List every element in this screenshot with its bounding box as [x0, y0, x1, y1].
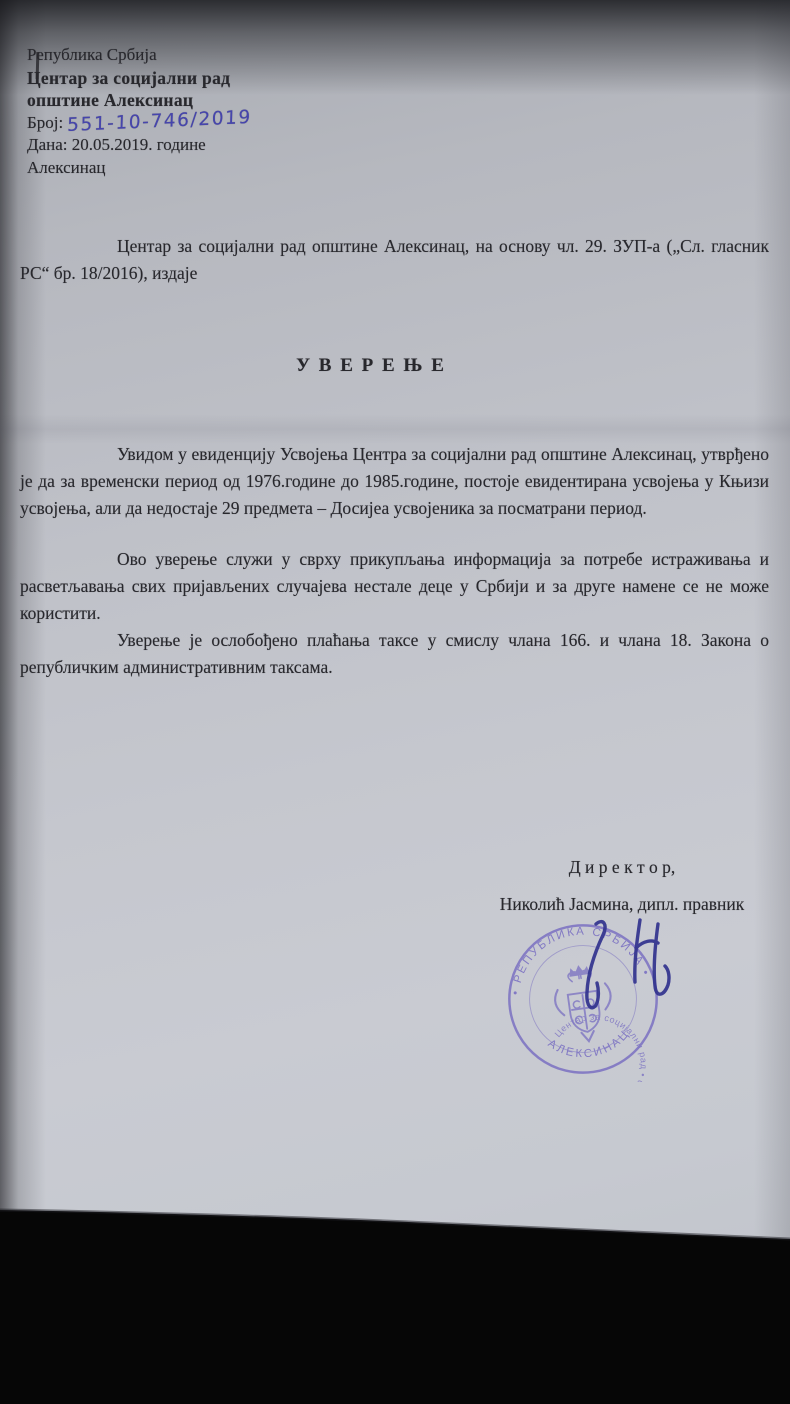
intro-paragraph: Центар за социјални рад општине Алексина…	[20, 233, 769, 287]
case-number-handwritten: 551-10-746/2019	[67, 106, 252, 137]
org-name-line1: Центар за социјални рад	[27, 67, 252, 90]
country-line: Република Србија	[27, 44, 252, 67]
body-paragraph-1: Увидом у евиденцију Усвојења Центра за с…	[20, 441, 769, 522]
signatory-role: Д и р е к т о р,	[448, 857, 790, 878]
body-paragraph-2: Ово уверење служи у сврху прикупљања инф…	[20, 546, 769, 627]
case-number-line: Број: 551-10-746/2019	[27, 112, 252, 135]
body-paragraph-3: Уверење је ослобођено плаћања таксе у см…	[20, 627, 769, 681]
letterhead: Република Србија Центар за социјални рад…	[27, 44, 252, 179]
date-line: Дана: 20.05.2019. године	[27, 134, 252, 157]
document-photo: Република Србија Центар за социјални рад…	[0, 0, 790, 1404]
handwritten-signature	[566, 908, 682, 1042]
place-line: Алексинац	[27, 157, 252, 180]
document-title: У В Е Р Е Њ Е	[0, 355, 742, 377]
signature-block: Д и р е к т о р, Николић Јасмина, дипл. …	[448, 857, 790, 915]
photo-background-bottom	[0, 1204, 790, 1404]
case-number-label: Број:	[27, 113, 63, 132]
paper-crease	[0, 414, 790, 444]
